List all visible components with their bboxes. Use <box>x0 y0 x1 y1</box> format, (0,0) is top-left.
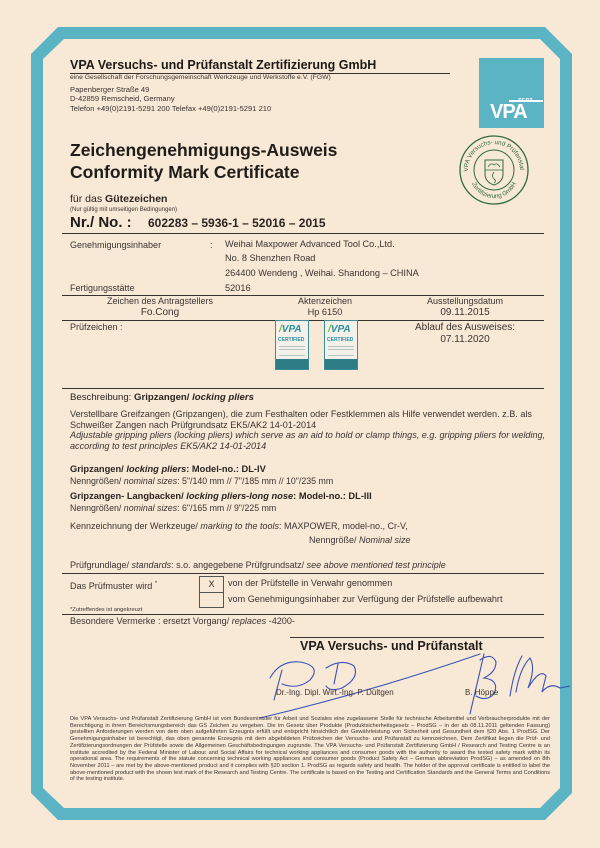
address-street: Papenberger Straße 49 <box>70 85 271 94</box>
holder-label: Genehmigungsinhaber <box>70 240 161 250</box>
tool-marking-line2: Nenngröße/ Nominal size <box>309 535 411 545</box>
vpa-certified-badge: /VPA CERTIFIED <box>275 320 309 370</box>
description-text-de: Verstellbare Greifzangen (Gripzangen), d… <box>70 409 550 430</box>
file-ref-value: Hp 6150 <box>260 307 390 317</box>
tool-marking: Kennzeichnung der Werkzeuge/ marking to … <box>70 521 408 531</box>
holder-city: 264400 Wendeng , Weihai. Shandong – CHIN… <box>225 268 419 278</box>
seal-text-top: VPA Versuchs- und Prüfanstalt <box>458 134 525 172</box>
badge-brand: /VPA <box>328 324 351 335</box>
expiry-date: 07.11.2020 <box>390 334 540 345</box>
certificate-title-de: Zeichengenehmigungs-Ausweis <box>70 140 337 161</box>
quality-mark-heading: für das Gütezeichen <box>70 193 167 205</box>
sample-option-2-checkbox[interactable] <box>200 592 223 607</box>
model-1-title: Gripzangen/ locking pliers: Model-no.: D… <box>70 464 266 474</box>
applicant-ref-header: Zeichen des Antragstellers <box>80 296 240 306</box>
expiry-label: Ablauf des Ausweises: <box>390 322 540 333</box>
address-city: D-42859 Remscheid, Germany <box>70 94 271 103</box>
badge-line <box>279 355 305 356</box>
signer-2-name: B. Höppe <box>465 688 498 697</box>
seal-stamp-icon: VPA Versuchs- und Prüfanstalt Zertifizie… <box>458 134 530 206</box>
badge-line <box>328 349 354 350</box>
sample-footnote: *Zutreffendes ist angekreuzt <box>70 607 142 613</box>
production-site-label: Fertigungsstätte <box>70 283 135 293</box>
svg-text:Zertifizierung GmbH: Zertifizierung GmbH <box>470 181 518 200</box>
production-site-value: 52016 <box>225 283 251 293</box>
vpa-certified-badge: /VPA CERTIFIED <box>324 320 358 370</box>
special-remarks: Besondere Vermerke : ersetzt Vorgang/ re… <box>70 616 295 626</box>
badge-line <box>328 346 354 347</box>
holder-separator: : <box>210 240 213 250</box>
description-label: Beschreibung: <box>70 392 134 403</box>
logo-big-text: VPA <box>490 101 527 124</box>
svg-text:VPA Versuchs- und Prüfanstalt: VPA Versuchs- und Prüfanstalt <box>458 134 525 172</box>
signature-divider <box>290 637 544 638</box>
badge-footer <box>325 359 357 369</box>
test-standards: Prüfgrundlage/ standards: s.o. angegeben… <box>70 560 446 570</box>
organization-address: Papenberger Straße 49 D-42859 Remscheid,… <box>70 85 271 113</box>
sample-label: Das Prüfmuster wird * <box>70 581 157 591</box>
vpa-zert-logo: ZERT VPA <box>479 58 544 128</box>
certificate-number-label: Nr./ No. : <box>70 214 132 231</box>
legal-disclaimer: Die VPA Versuchs- und Prüfanstalt Zertif… <box>70 716 550 783</box>
model-2-title: Gripzangen- Langbacken/ locking pliers-l… <box>70 491 372 501</box>
sample-option-1-checkbox[interactable]: X <box>200 577 223 593</box>
section-divider <box>62 573 544 574</box>
section-divider <box>62 388 544 389</box>
organization-name: VPA Versuchs- und Prüfanstalt Zertifizie… <box>70 58 376 72</box>
certificate-title-en: Conformity Mark Certificate <box>70 162 300 183</box>
test-mark-label: Prüfzeichen : <box>70 322 123 332</box>
section-divider <box>62 614 544 615</box>
quality-mark-name: Gütezeichen <box>105 193 167 205</box>
description-title-de: Gripzangen/ <box>134 392 189 403</box>
quality-mark-prefix: für das <box>70 193 105 205</box>
file-ref-header: Aktenzeichen <box>260 296 390 306</box>
issue-date-header: Ausstellungsdatum <box>390 296 540 306</box>
badge-brand: /VPA <box>279 324 302 335</box>
signer-1-name: Dr.-Ing. Dipl. Wirt.-Ing. P. Dültgen <box>276 688 394 697</box>
description-title-en: locking pliers <box>189 392 254 403</box>
certificate-number: 602283 – 5936-1 – 52016 – 2015 <box>148 216 326 230</box>
sample-option-1-text: von der Prüfstelle in Verwahr genommen <box>228 578 392 588</box>
badge-word: CERTIFIED <box>327 337 353 343</box>
description-heading: Beschreibung: Gripzangen/ locking pliers <box>70 392 254 403</box>
description-text-en: Adjustable gripping pliers (locking plie… <box>70 430 550 451</box>
applicant-ref-value: Fo.Cong <box>80 307 240 318</box>
badge-word: CERTIFIED <box>278 337 304 343</box>
seal-text-bottom: Zertifizierung GmbH <box>470 181 518 200</box>
holder-street: No. 8 Shenzhen Road <box>225 253 315 263</box>
description-body: Verstellbare Greifzangen (Gripzangen), d… <box>70 409 550 451</box>
section-divider <box>62 233 544 234</box>
badge-line <box>279 346 305 347</box>
badge-line <box>328 355 354 356</box>
organization-subtitle: eine Gesellschaft der Forschungsgemeinsc… <box>70 74 331 81</box>
holder-company: Weihai Maxpower Advanced Tool Co.,Ltd. <box>225 239 395 249</box>
sample-option-2-text: vom Genehmigungsinhaber zur Verfügung de… <box>228 594 503 604</box>
model-2-sizes: Nenngrößen/ nominal sizes: 6"/165 mm // … <box>70 503 276 513</box>
issue-date-value: 09.11.2015 <box>390 307 540 318</box>
quality-mark-note: (Nur gültig mit umseitigen Bedingungen) <box>70 207 177 213</box>
sample-checkbox-group: X <box>199 576 224 608</box>
address-phone: Telefon +49(0)2191-5291 200 Telefax +49(… <box>70 104 271 113</box>
model-1-sizes: Nenngrößen/ nominal sizes: 5"/140 mm // … <box>70 476 333 486</box>
badge-line <box>279 349 305 350</box>
badge-footer <box>276 359 308 369</box>
